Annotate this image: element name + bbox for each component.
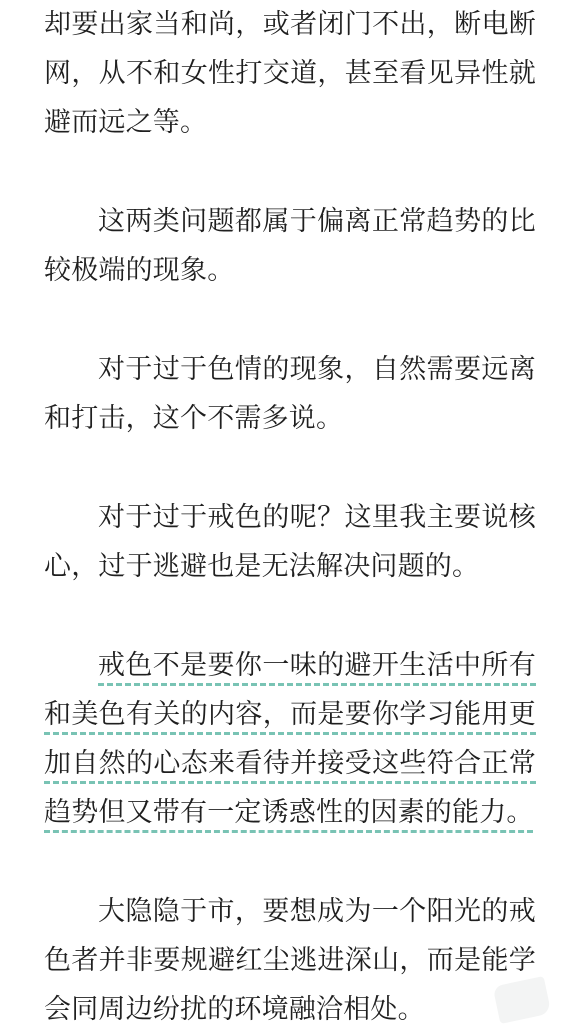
- paragraph: 对于过于色情的现象，自然需要远离和打击，这个不需多说。: [44, 345, 536, 443]
- paragraph: 大隐隐于市，要想成为一个阳光的戒色者并非要规避红尘逃进深山，而是能学会同周边纷扰…: [44, 887, 536, 1027]
- paragraph-highlighted: 戒色不是要你一味的避开生活中所有和美色有关的内容，而是要你学习能用更加自然的心态…: [44, 641, 536, 837]
- paragraph: 这两类问题都属于偏离正常趋势的比较极端的现象。: [44, 197, 536, 295]
- article-page: 却要出家当和尚，或者闭门不出，断电断网，从不和女性打交道，甚至看见异性就避而远之…: [0, 0, 580, 1027]
- paragraph: 对于过于戒色的呢？这里我主要说核心，过于逃避也是无法解决问题的。: [44, 493, 536, 591]
- paragraph: 却要出家当和尚，或者闭门不出，断电断网，从不和女性打交道，甚至看见异性就避而远之…: [44, 0, 536, 147]
